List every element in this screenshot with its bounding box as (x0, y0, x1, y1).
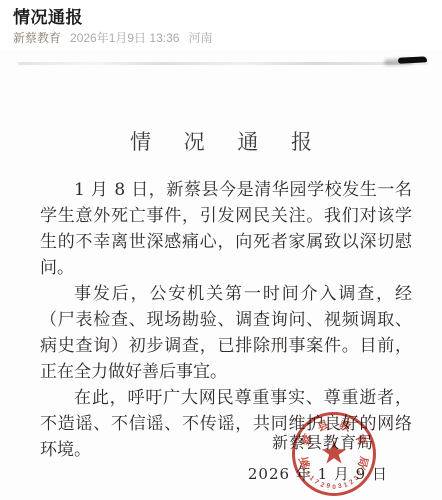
post-region: 河南 (188, 29, 212, 46)
page-title: 情况通报 (13, 3, 83, 28)
seal-code-digit: 9 (325, 484, 330, 491)
notice-photo[interactable]: 情 况 通 报 1 月 8 日，新蔡县今是清华园学校发生一名学生意外死亡事件，引… (0, 50, 442, 500)
seal-star-icon: ★ (320, 437, 349, 469)
seal-code-digit: 0 (332, 485, 336, 492)
official-seal: ★ 新蔡县教育局4117290312377 (292, 412, 376, 496)
post-source-link[interactable]: 新蔡教育 (13, 29, 61, 46)
notice-paragraph-1: 1 月 8 日，新蔡县今是清华园学校发生一名学生意外死亡事件，引发网民关注。我们… (40, 177, 412, 281)
notice-title: 情 况 通 报 (0, 126, 442, 156)
post-timestamp: 2026年1月9日 13:36 (70, 29, 179, 46)
seal-code-digit: 3 (338, 484, 343, 491)
post-meta: 新蔡教育 2026年1月9日 13:36 河南 (13, 29, 212, 46)
scan-artifact-line (18, 62, 428, 65)
article-page: 情况通报 新蔡教育 2026年1月9日 13:36 河南 情 况 通 报 1 月… (0, 0, 442, 500)
notice-paragraph-2: 事发后，公安机关第一时间介入调查，经（尸表检查、现场勘验、调查询问、视频调取、病… (40, 281, 412, 385)
